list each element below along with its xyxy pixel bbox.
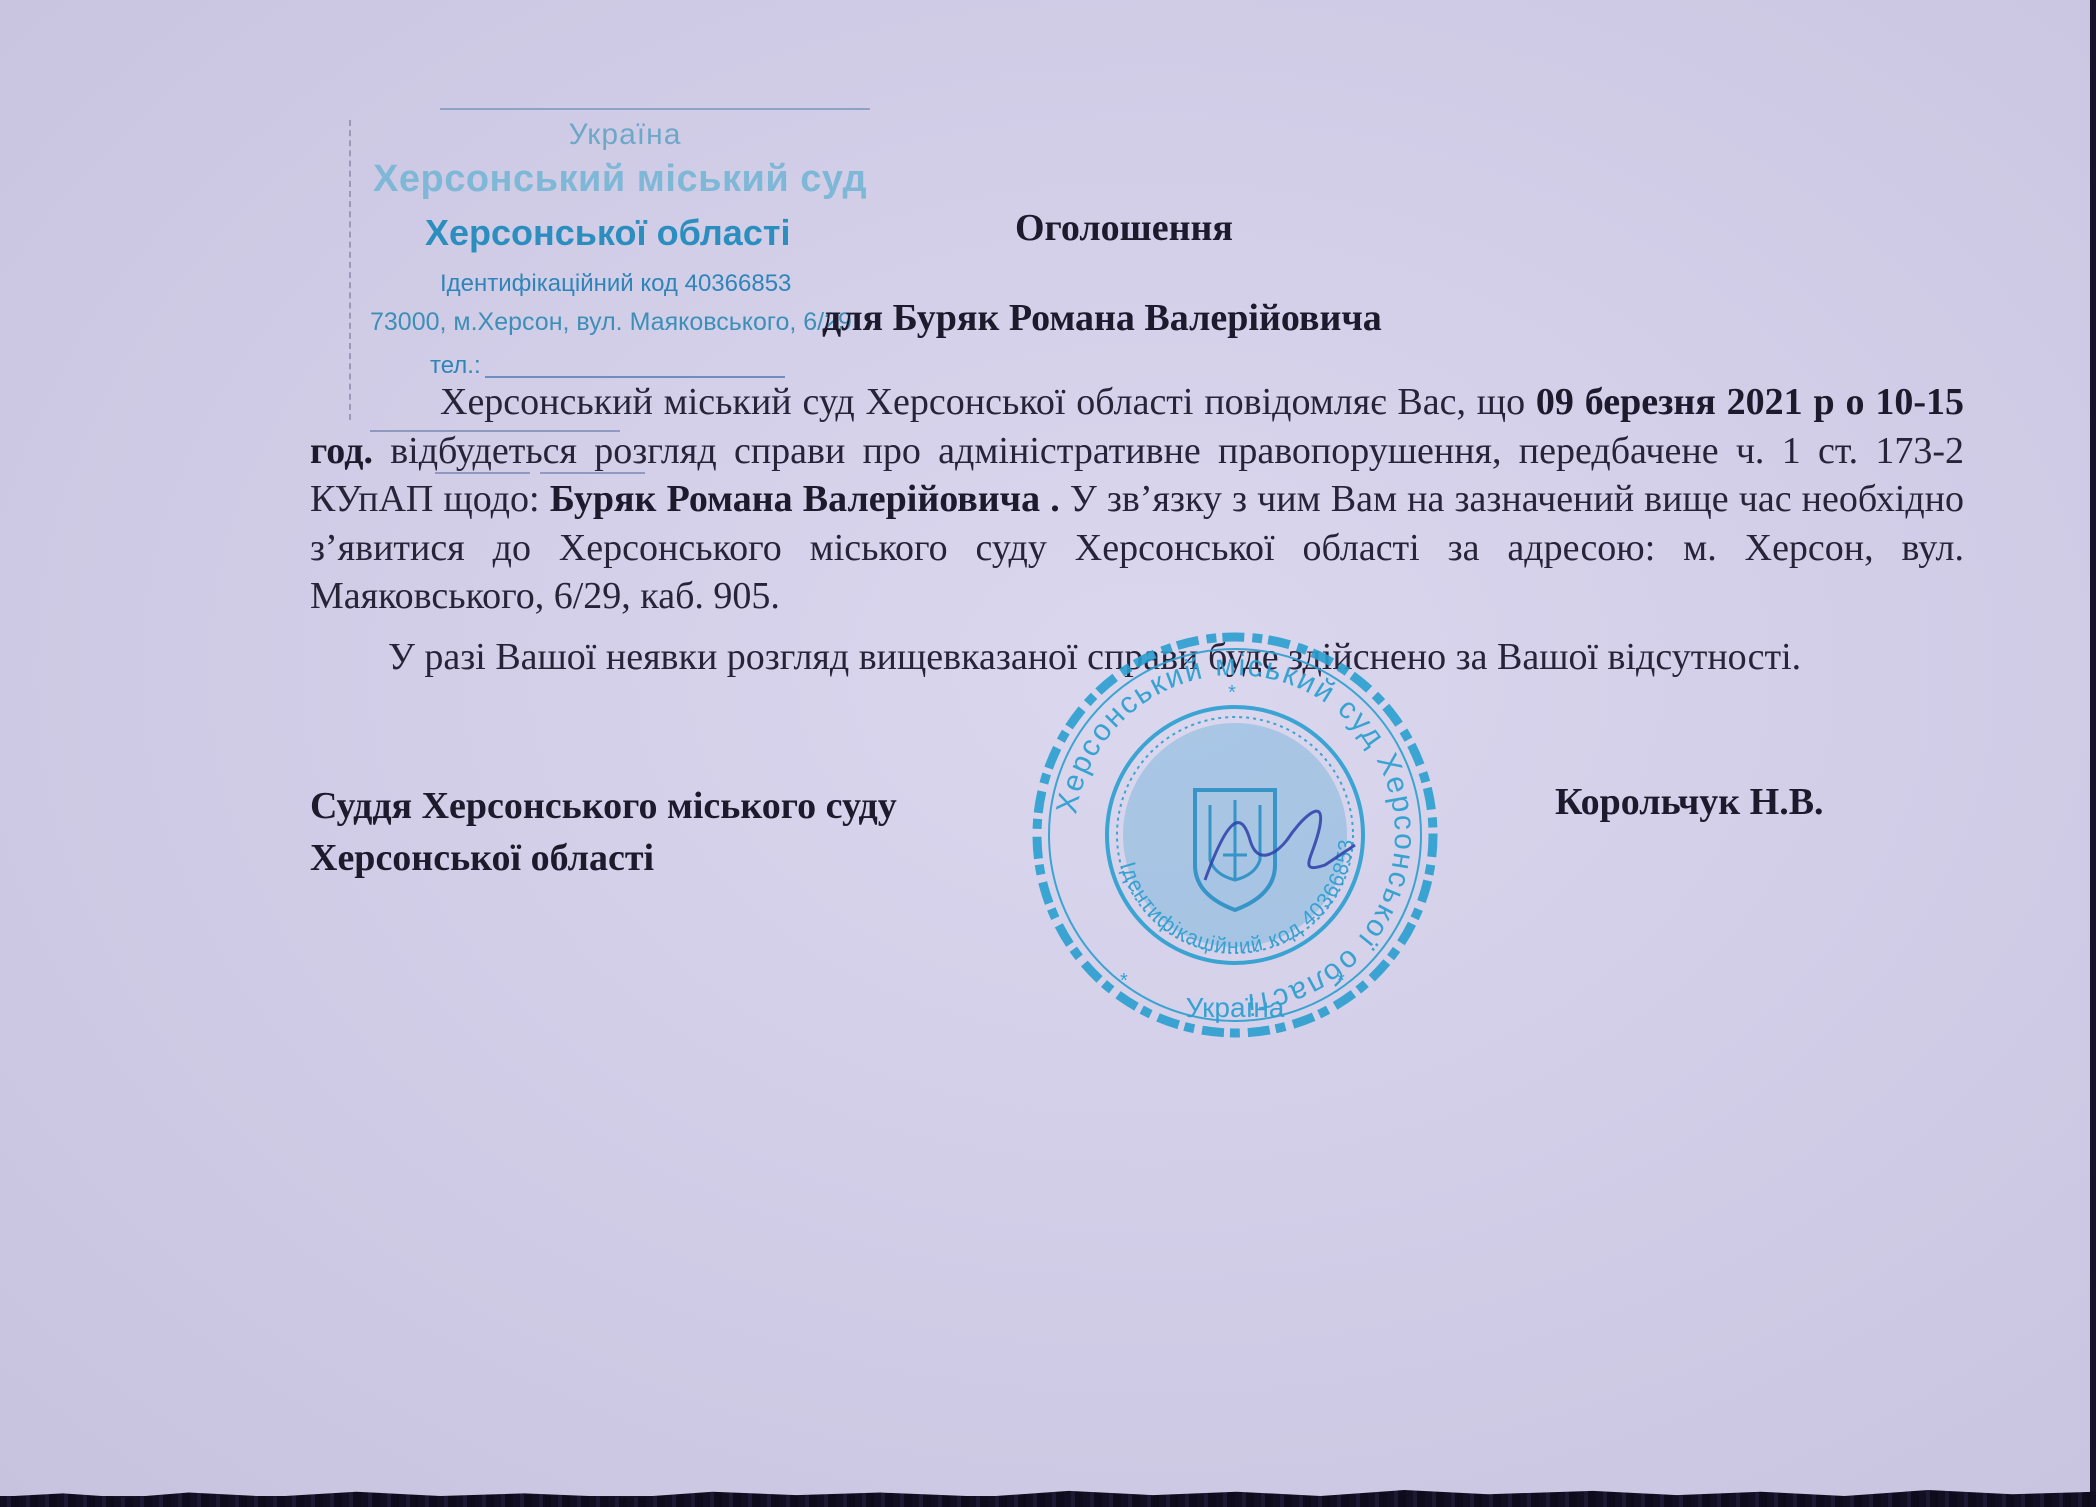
ink-underline-mark (540, 472, 645, 474)
ink-underline-mark (435, 472, 530, 474)
seal-country-text: Україна (1186, 992, 1285, 1023)
judge-position-line2: Херсонської області (310, 832, 897, 884)
svg-text:*: * (1120, 970, 1128, 992)
judge-position-line1: Суддя Херсонського міського суду (310, 780, 897, 832)
stamp-address: 73000, м.Херсон, вул. Маяковського, 6/29 (370, 308, 852, 337)
stamp-id-code: Ідентифікаційний код 40366853 (440, 270, 791, 298)
stamp-phone-label: тел.: (430, 352, 481, 380)
recipient-line: для Буряк Романа Валерійовича (822, 296, 1382, 340)
document-page: Україна Херсонський міський суд Херсонсь… (0, 0, 2090, 1496)
court-seal: Херсонський міський суд Херсонської обла… (1025, 625, 1445, 1045)
svg-text:*: * (1228, 682, 1236, 704)
judge-position: Суддя Херсонського міського суду Херсонс… (310, 780, 897, 884)
stamp-country: Україна (345, 118, 905, 152)
stamp-court-name: Херсонський міський суд (373, 158, 867, 201)
notice-intro: Херсонський міський суд Херсонської обла… (440, 381, 1536, 423)
document-title: Оголошення (1015, 206, 1233, 250)
stamp-top-rule (440, 108, 870, 110)
notice-paragraph: Херсонський міський суд Херсонської обла… (310, 378, 1964, 621)
ink-underline-mark (370, 430, 620, 432)
svg-text:*: * (1337, 970, 1345, 992)
stamp-court-region: Херсонської області (425, 212, 790, 254)
judge-name: Корольчук Н.В. (1555, 780, 1824, 824)
defendant-name: Буряк Романа Валерійовича . (550, 478, 1060, 520)
court-address-stamp: Україна Херсонський міський суд Херсонсь… (345, 100, 925, 420)
stamp-left-border (349, 120, 351, 420)
court-seal-graphic: Херсонський міський суд Херсонської обла… (1025, 625, 1445, 1045)
